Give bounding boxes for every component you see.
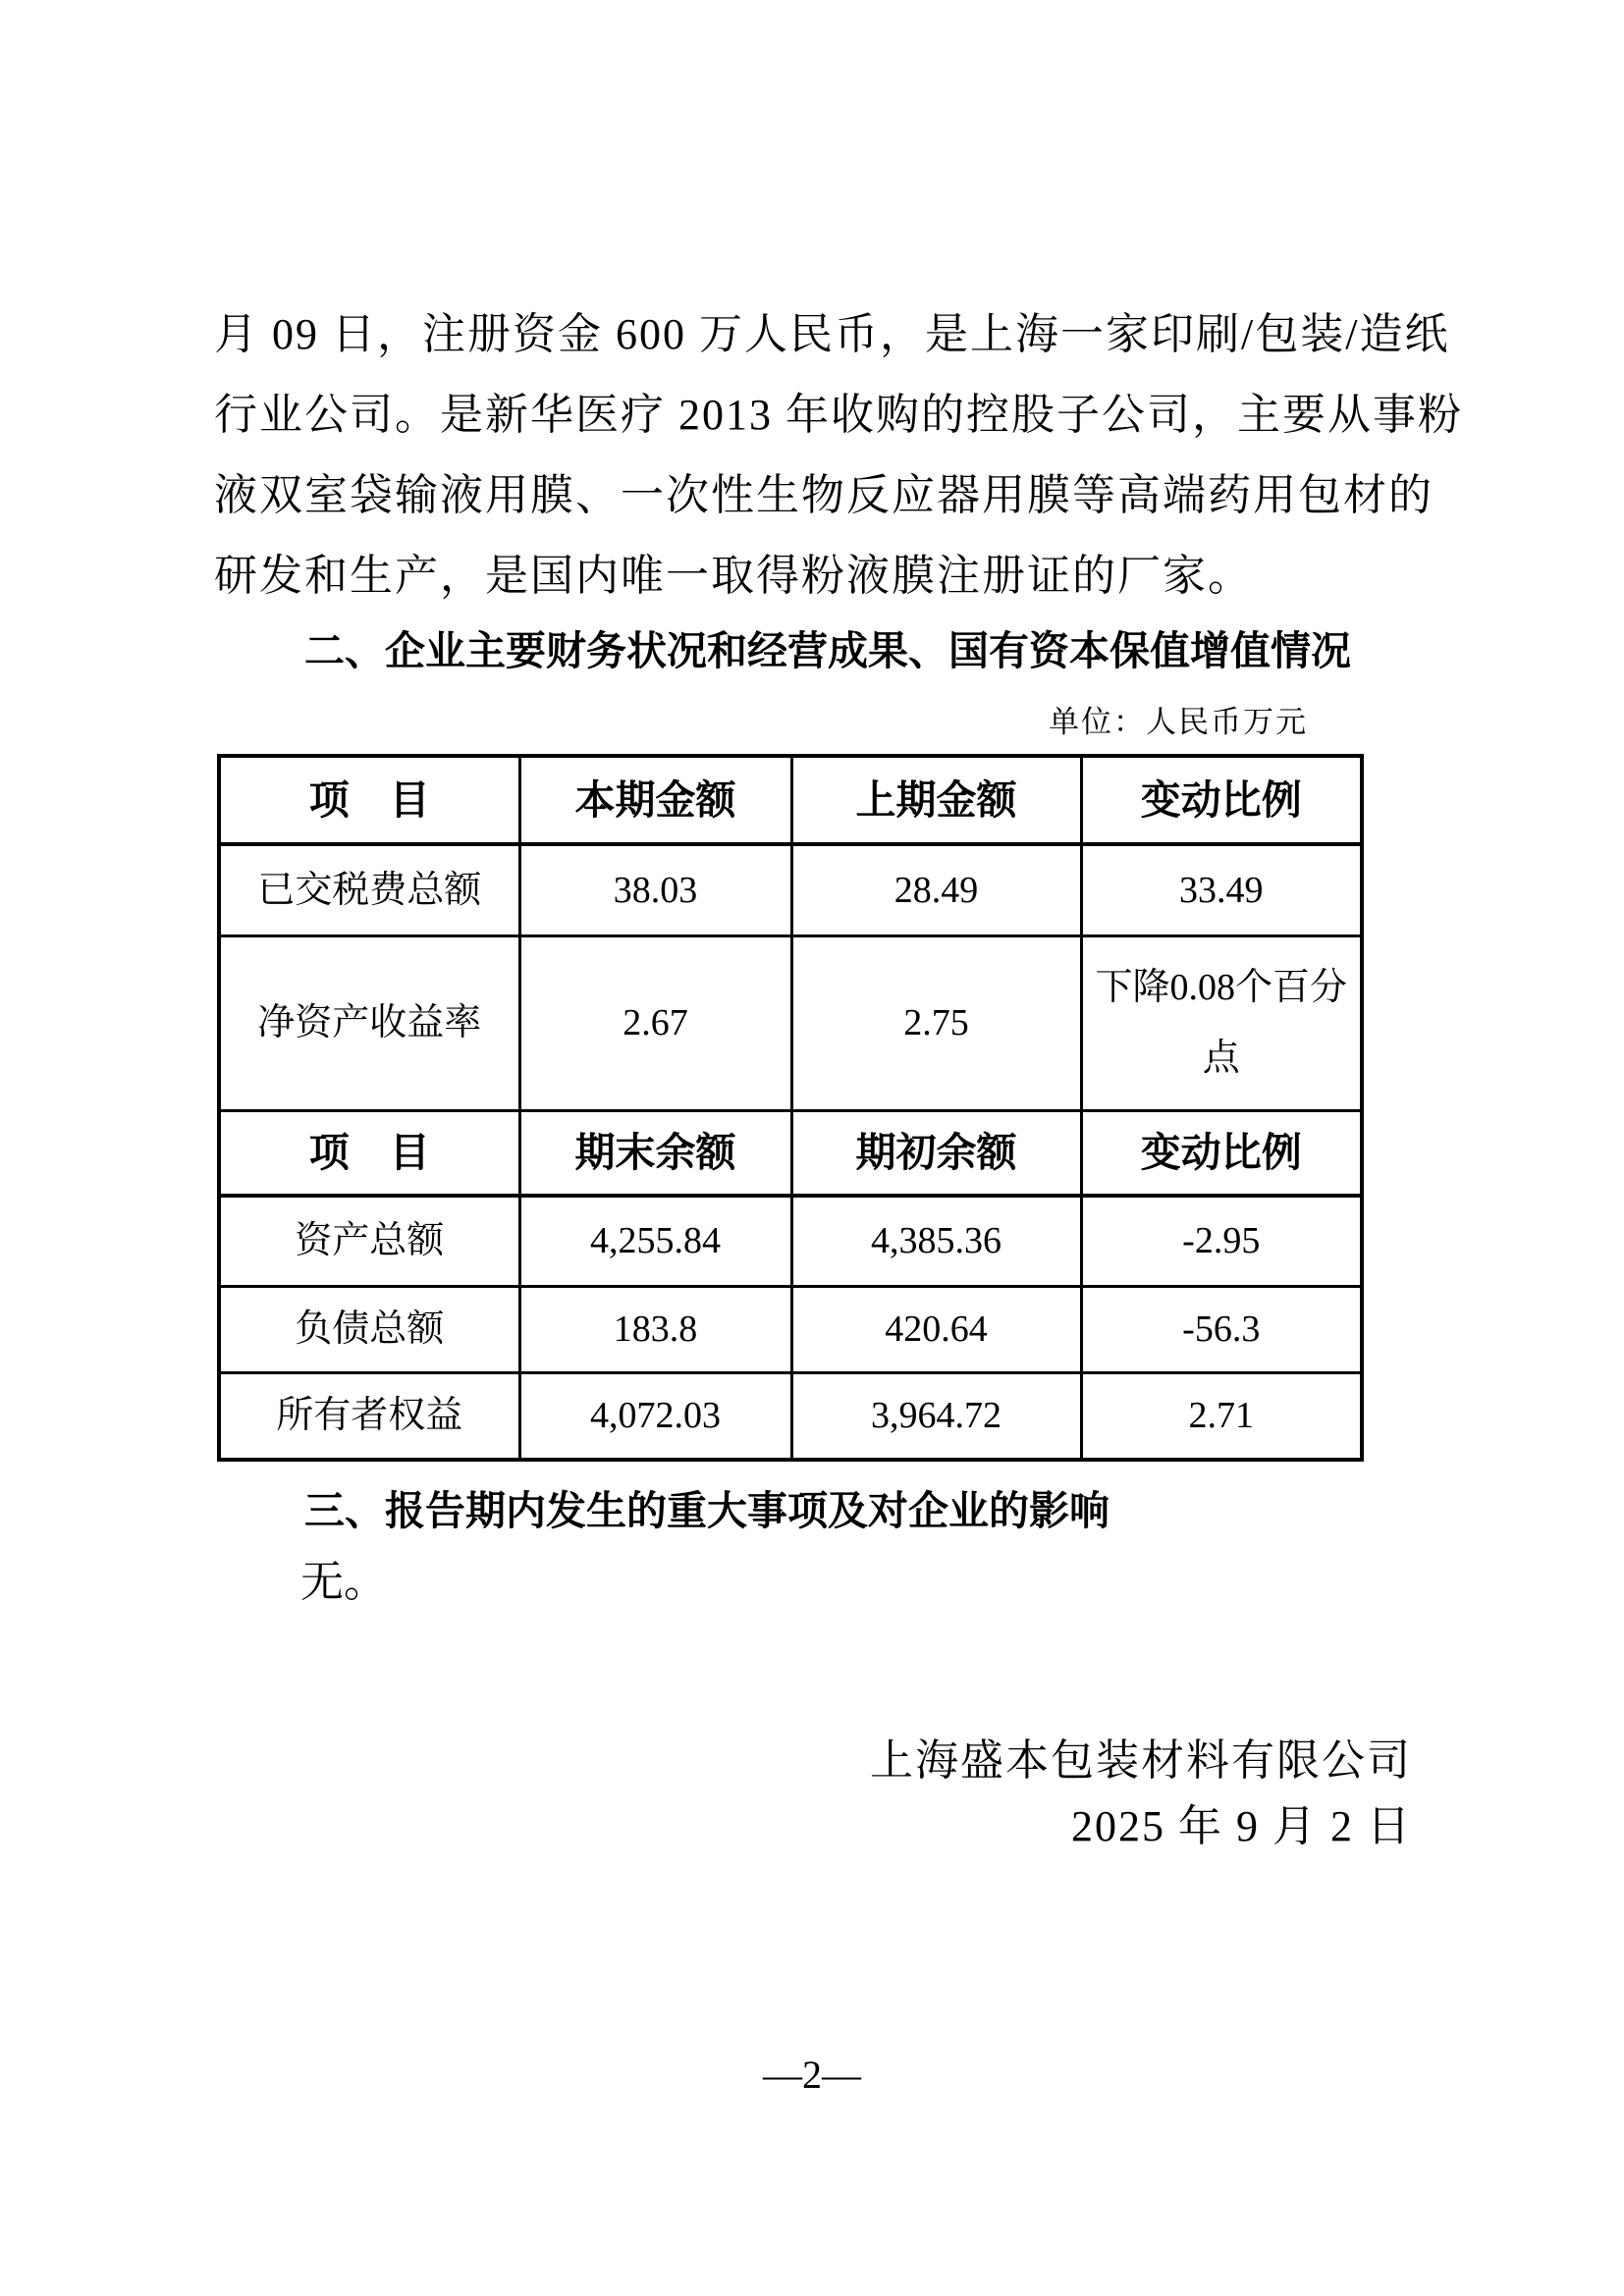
cell-prior-value: 28.49 xyxy=(791,844,1081,935)
header-cell-current-amount: 本期金额 xyxy=(519,756,791,844)
section-3-body: 无。 xyxy=(214,1548,1490,1617)
header-cell-item: 项 目 xyxy=(219,756,519,844)
header-cell-change-ratio: 变动比例 xyxy=(1081,756,1362,844)
cell-current-value: 38.03 xyxy=(519,844,791,935)
signature-date: 2025 年 9 月 2 日 xyxy=(214,1793,1412,1859)
table-header-row-flow: 项 目 本期金额 上期金额 变动比例 xyxy=(219,756,1362,844)
header-cell-ending-balance: 期末余额 xyxy=(519,1110,791,1196)
cell-beginning-value: 3,964.72 xyxy=(791,1372,1081,1460)
page-number: —2— xyxy=(0,2054,1624,2097)
financial-table: 项 目 本期金额 上期金额 变动比例 已交税费总额 38.03 28.49 33… xyxy=(217,754,1364,1462)
cell-change-value: -2.95 xyxy=(1081,1196,1362,1286)
cell-ending-value: 4,072.03 xyxy=(519,1372,791,1460)
cell-item-label: 已交税费总额 xyxy=(219,844,519,935)
paragraph-line-3: 液双室袋输液用膜、一次性生物反应器用膜等高端药用包材的 xyxy=(214,455,1490,536)
cell-item-label: 负债总额 xyxy=(219,1286,519,1372)
header-cell-item: 项 目 xyxy=(219,1110,519,1196)
header-cell-beginning-balance: 期初余额 xyxy=(791,1110,1081,1196)
cell-change-value: 33.49 xyxy=(1081,844,1362,935)
paragraph-line-4: 研发和生产，是国内唯一取得粉液膜注册证的厂家。 xyxy=(214,536,1490,616)
signature-block: 上海盛本包装材料有限公司 2025 年 9 月 2 日 xyxy=(214,1728,1412,1859)
cell-beginning-value: 4,385.36 xyxy=(791,1196,1081,1286)
cell-item-label: 资产总额 xyxy=(219,1196,519,1286)
cell-change-value: 2.71 xyxy=(1081,1372,1362,1460)
cell-prior-value: 2.75 xyxy=(791,935,1081,1110)
table-header-row-balance: 项 目 期末余额 期初余额 变动比例 xyxy=(219,1110,1362,1196)
signature-company: 上海盛本包装材料有限公司 xyxy=(214,1728,1412,1793)
cell-change-value: 下降0.08个百分点 xyxy=(1081,935,1362,1110)
table-row-return-on-equity: 净资产收益率 2.67 2.75 下降0.08个百分点 xyxy=(219,935,1362,1110)
table-row-owners-equity: 所有者权益 4,072.03 3,964.72 2.71 xyxy=(219,1372,1362,1460)
table-row-total-liabilities: 负债总额 183.8 420.64 -56.3 xyxy=(219,1286,1362,1372)
table-row-taxes-paid: 已交税费总额 38.03 28.49 33.49 xyxy=(219,844,1362,935)
paragraph-line-2: 行业公司。是新华医疗 2013 年收购的控股子公司，主要从事粉 xyxy=(214,375,1490,455)
header-cell-change-ratio: 变动比例 xyxy=(1081,1110,1362,1196)
section-2-heading: 二、企业主要财务状况和经营成果、国有资本保值增值情况 xyxy=(214,616,1490,685)
report-page: 月 09 日，注册资金 600 万人民币，是上海一家印刷/包装/造纸 行业公司。… xyxy=(0,0,1624,2296)
cell-item-label: 所有者权益 xyxy=(219,1372,519,1460)
cell-ending-value: 183.8 xyxy=(519,1286,791,1372)
cell-item-label: 净资产收益率 xyxy=(219,935,519,1110)
header-cell-prior-amount: 上期金额 xyxy=(791,756,1081,844)
cell-ending-value: 4,255.84 xyxy=(519,1196,791,1286)
table-row-total-assets: 资产总额 4,255.84 4,385.36 -2.95 xyxy=(219,1196,1362,1286)
paragraph-line-1: 月 09 日，注册资金 600 万人民币，是上海一家印刷/包装/造纸 xyxy=(214,294,1490,375)
cell-current-value: 2.67 xyxy=(519,935,791,1110)
section-3-heading: 三、报告期内发生的重大事项及对企业的影响 xyxy=(214,1476,1490,1545)
cell-change-value: -56.3 xyxy=(1081,1286,1362,1372)
cell-beginning-value: 420.64 xyxy=(791,1286,1081,1372)
intro-paragraph: 月 09 日，注册资金 600 万人民币，是上海一家印刷/包装/造纸 行业公司。… xyxy=(214,294,1490,616)
unit-note: 单位：人民币万元 xyxy=(214,703,1308,742)
